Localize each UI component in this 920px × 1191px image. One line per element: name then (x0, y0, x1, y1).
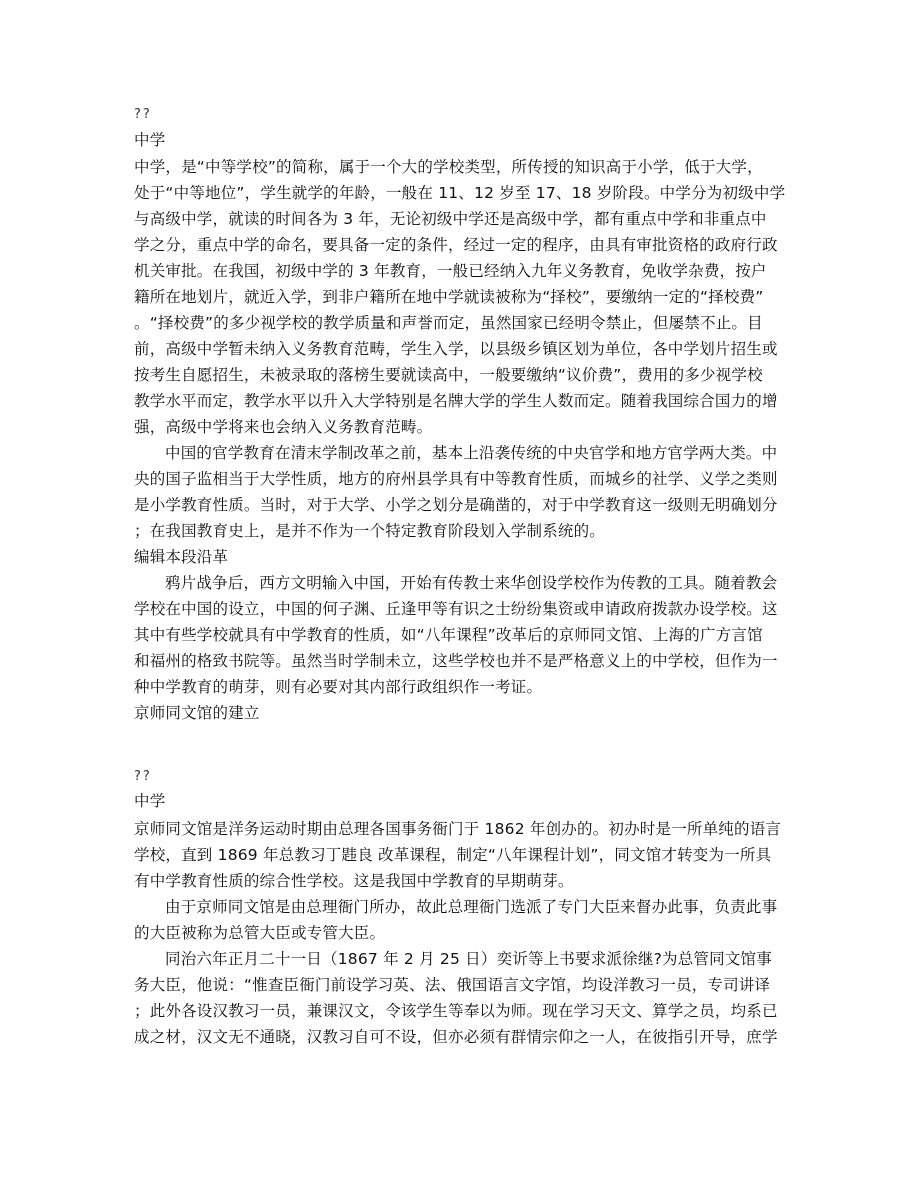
paragraph-first-line: 同治六年正月二十一日（1867 年 2 月 25 日）奕䜣等上书要求派徐继?为总… (134, 949, 794, 969)
section-heading: 京师同文馆的建立 (134, 703, 794, 723)
section-heading: 中学 (134, 791, 794, 811)
encoding-marker: ?? (134, 105, 794, 125)
text-line: 强，高级中学将来也会纳入义务教育范畴。 (134, 417, 794, 437)
section-heading: 编辑本段沿革 (134, 547, 794, 567)
text-line: 。“择校费”的多少视学校的教学质量和声誉而定，虽然国家已经明令禁止，但屡禁不止。… (134, 313, 794, 333)
paragraph-first-line: 鸦片战争后，西方文明输入中国，开始有传教士来华创设学校作为传教的工具。随着教会 (134, 573, 794, 593)
encoding-marker: ?? (134, 767, 794, 787)
text-line: 处于“中等地位”，学生就学的年龄，一般在 11、12 岁至 17、18 岁阶段。… (134, 183, 794, 203)
text-line: ；此外各设汉教习一员，兼课汉文，令该学生等奉以为师。现在学习天文、算学之员，均系… (134, 1001, 794, 1021)
paragraph-first-line: 中国的官学教育在清末学制改革之前，基本上沿袭传统的中央官学和地方官学两大类。中 (134, 443, 794, 463)
text-line: 前，高级中学暂未纳入义务教育范畴，学生入学，以县级乡镇区划为单位，各中学划片招生… (134, 339, 794, 359)
text-line: 京师同文馆是洋务运动时期由总理各国事务衙门于 1862 年创办的。初办时是一所单… (134, 819, 794, 839)
text-line: 种中学教育的萌芽，则有必要对其内部行政组织作一考证。 (134, 677, 794, 697)
paragraph-first-line: 由于京师同文馆是由总理衙门所办，故此总理衙门选派了专门大臣来督办此事，负责此事 (134, 897, 794, 917)
text-line: 籍所在地划片，就近入学，到非户籍所在地中学就读被称为“择校”，要缴纳一定的“择校… (134, 287, 794, 307)
text-line: 务大臣，他说：“惟查臣衙门前设学习英、法、俄国语言文字馆，均设洋教习一员，专司讲… (134, 975, 794, 995)
text-line: 学校在中国的设立，中国的何子渊、丘逢甲等有识之士纷纷集资或申请政府拨款办设学校。… (134, 599, 794, 619)
text-line: ；在我国教育史上，是并不作为一个特定教育阶段划入学制系统的。 (134, 521, 794, 541)
text-line: 中学，是“中等学校”的简称，属于一个大的学校类型，所传授的知识高于小学，低于大学… (134, 157, 794, 177)
section-heading: 中学 (134, 130, 794, 150)
text-line: 的大臣被称为总管大臣或专管大臣。 (134, 923, 794, 943)
text-line: 按考生自愿招生，未被录取的落榜生要就读高中，一般要缴纳“议价费”，费用的多少视学… (134, 365, 794, 385)
text-line: 其中有些学校就具有中学教育的性质，如“八年课程”改革后的京师同文馆、上海的广方言… (134, 625, 794, 645)
text-line: 机关审批。在我国，初级中学的 3 年教育，一般已经纳入九年义务教育，免收学杂费，… (134, 261, 794, 281)
text-line: 教学水平而定，教学水平以升入大学特别是名牌大学的学生人数而定。随着我国综合国力的… (134, 391, 794, 411)
text-line: 与高级中学，就读的时间各为 3 年，无论初级中学还是高级中学，都有重点中学和非重… (134, 209, 794, 229)
text-line: 学校，直到 1869 年总教习丁韪良 改革课程，制定“八年课程计划”，同文馆才转… (134, 845, 794, 865)
text-line: 学之分，重点中学的命名，要具备一定的条件，经过一定的程序，由具有审批资格的政府行… (134, 235, 794, 255)
text-line: 央的国子监相当于大学性质，地方的府州县学具有中等教育性质，而城乡的社学、义学之类… (134, 469, 794, 489)
document-page: ?? 中学 中学，是“中等学校”的简称，属于一个大的学校类型，所传授的知识高于小… (0, 0, 920, 1191)
text-line: 有中学教育性质的综合性学校。这是我国中学教育的早期萌芽。 (134, 871, 794, 891)
text-line: 是小学教育性质。当时，对于大学、小学之划分是确凿的，对于中学教育这一级则无明确划… (134, 495, 794, 515)
text-line: 和福州的格致书院等。虽然当时学制未立，这些学校也并不是严格意义上的中学校，但作为… (134, 651, 794, 671)
text-line: 成之材，汉文无不通晓，汉教习自可不设，但亦必须有群情宗仰之一人，在彼指引开导，庶… (134, 1027, 794, 1047)
